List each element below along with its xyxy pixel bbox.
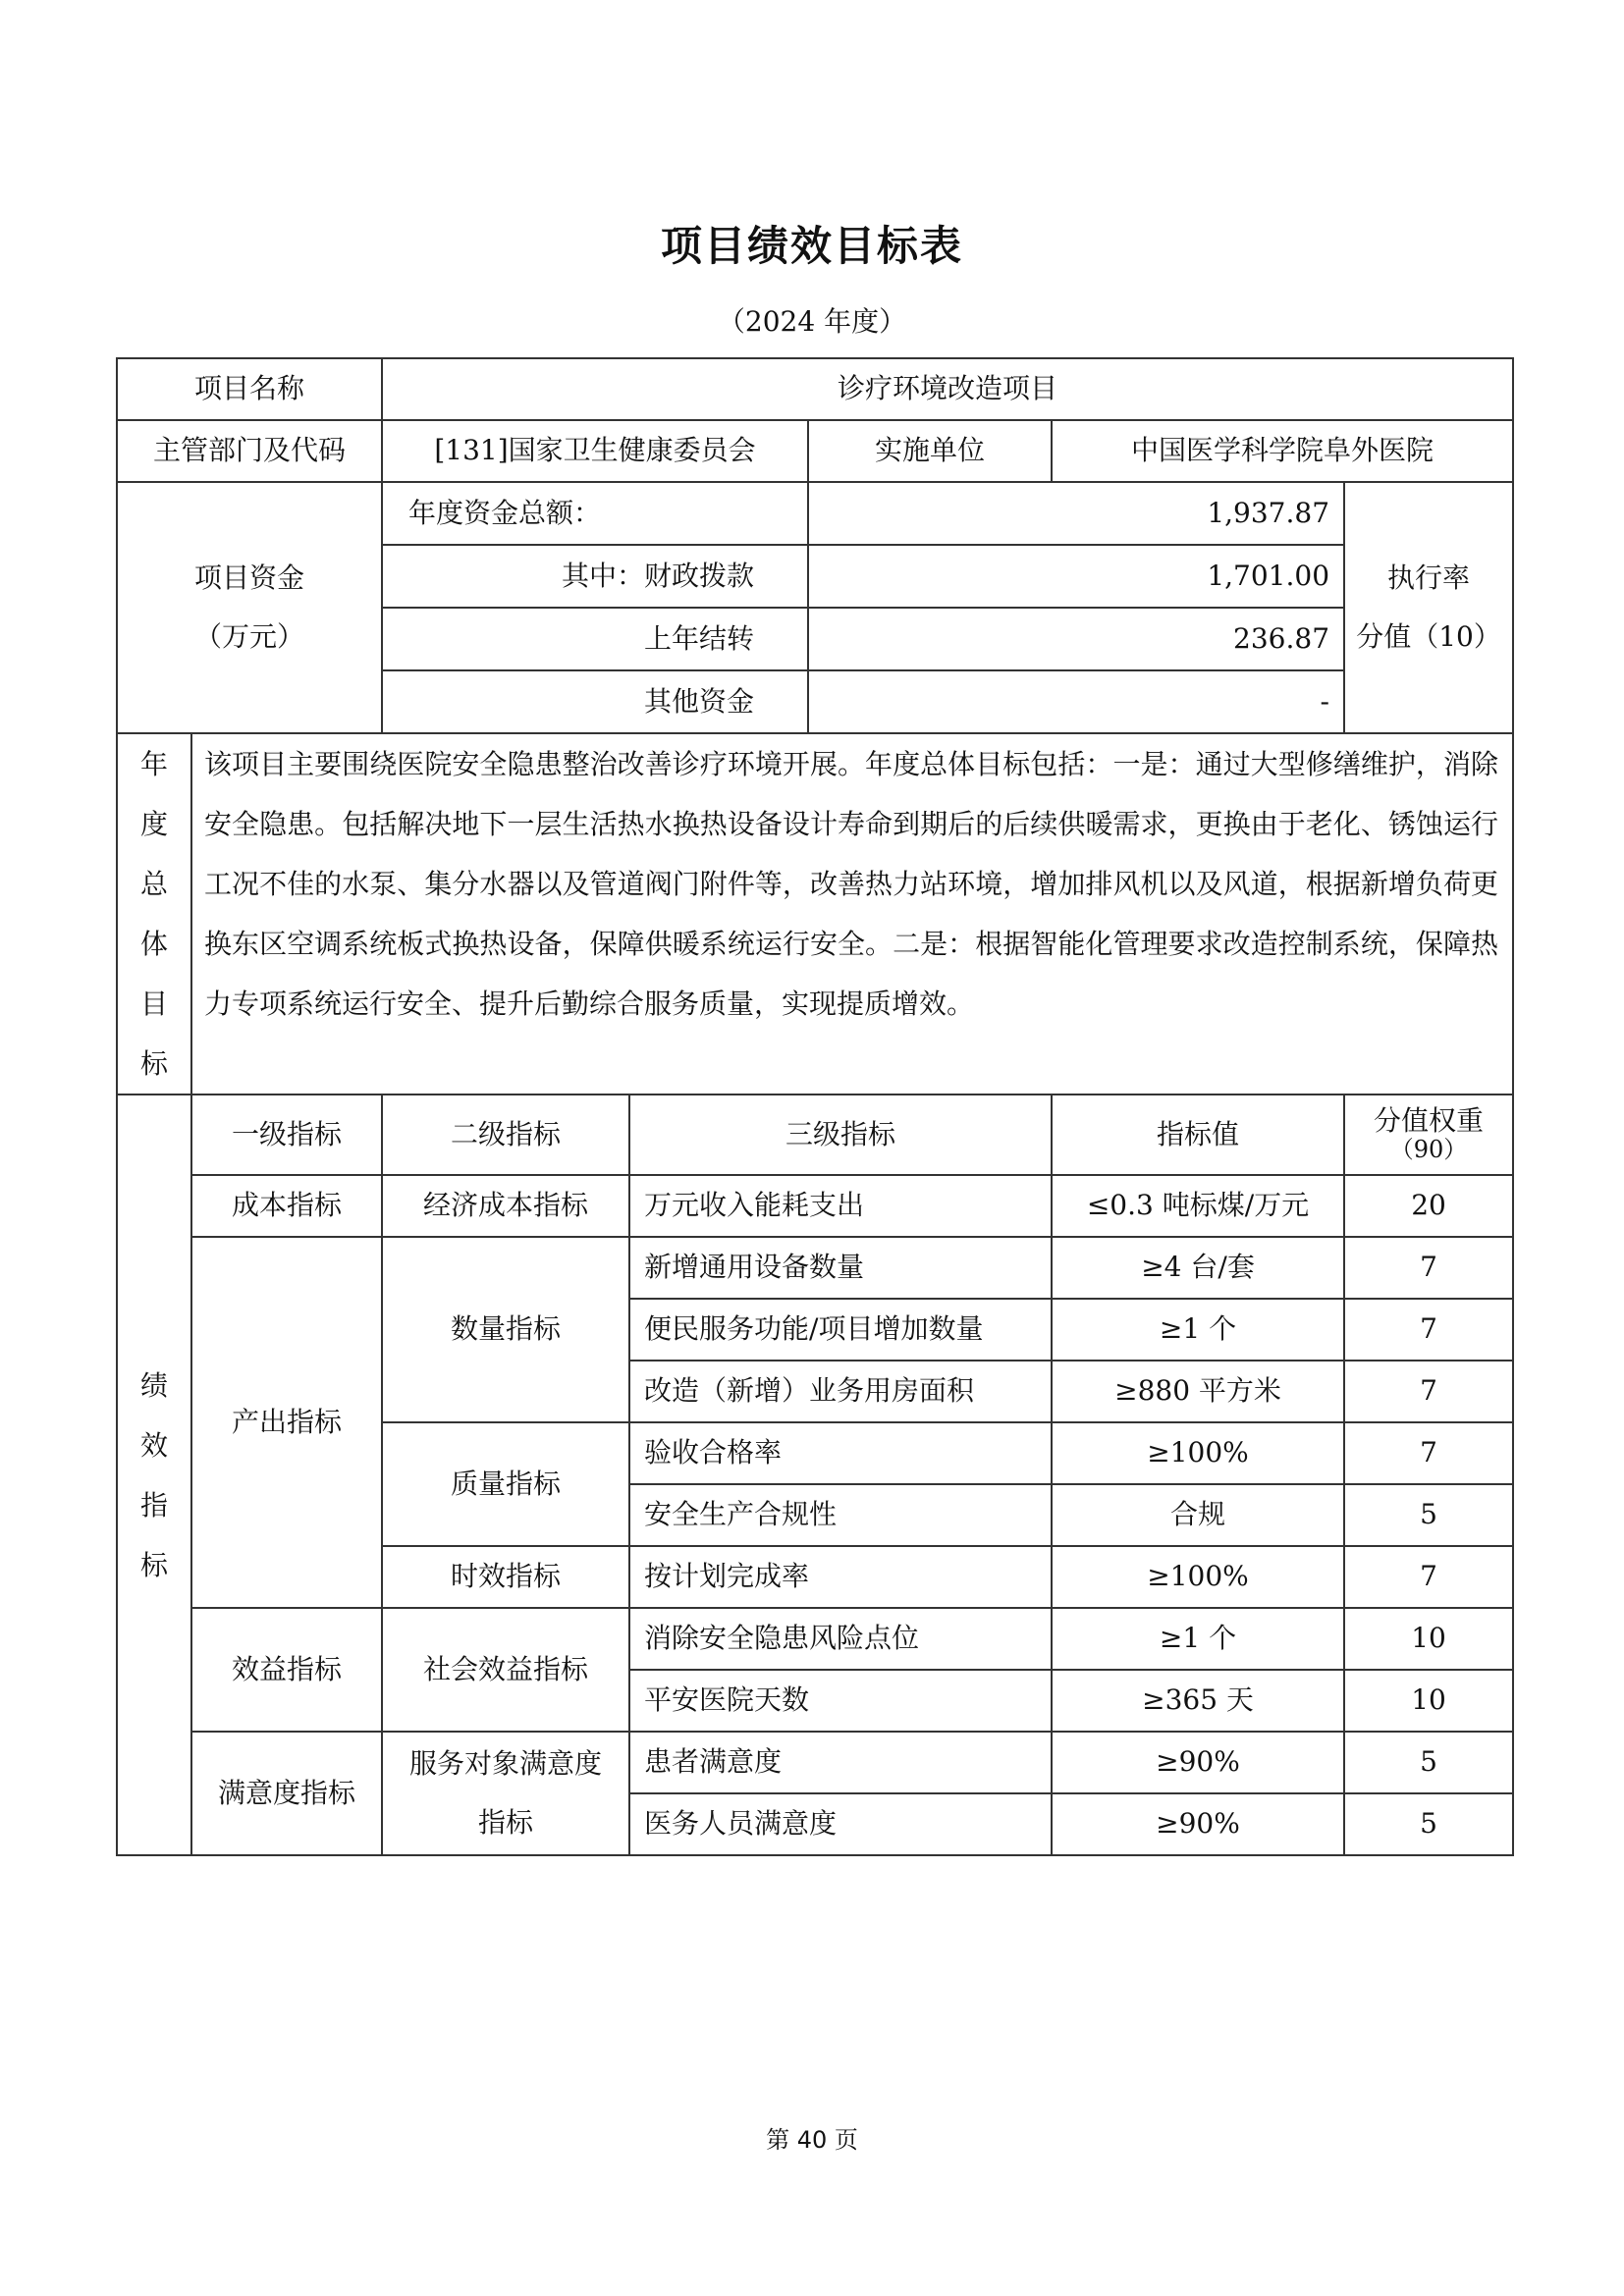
indicator-weight: 7 — [1344, 1546, 1513, 1608]
indicator-value: ≥90% — [1052, 1793, 1344, 1855]
level3-indicator: 按计划完成率 — [629, 1546, 1052, 1608]
indicator-weight: 7 — [1344, 1361, 1513, 1422]
level2-economic-cost: 经济成本指标 — [382, 1175, 629, 1237]
performance-label-char: 效 — [118, 1415, 190, 1475]
level2-service-satisfaction-line2: 指标 — [383, 1793, 628, 1852]
funds-label-line2: （万元） — [128, 608, 371, 667]
level1-output: 产出指标 — [191, 1237, 382, 1608]
indicator-value: ≥880 平方米 — [1052, 1361, 1344, 1422]
project-name-value: 诊疗环境改造项目 — [382, 358, 1513, 420]
indicator-value: ≥100% — [1052, 1546, 1344, 1608]
annual-goal-label-char: 年 — [118, 734, 190, 794]
funds-fiscal-label: 其中：财政拨款 — [382, 545, 808, 608]
execution-rate-weight: 分值（10） — [1345, 608, 1512, 667]
funds-total-value: 1,937.87 — [808, 482, 1344, 545]
funds-carryover-value: 236.87 — [808, 608, 1344, 670]
table-row: 效益指标 社会效益指标 消除安全隐患风险点位 ≥1 个 10 — [117, 1608, 1513, 1670]
table-row: 成本指标 经济成本指标 万元收入能耗支出 ≤0.3 吨标煤/万元 20 — [117, 1175, 1513, 1237]
level2-service-satisfaction: 服务对象满意度 指标 — [382, 1732, 629, 1855]
annual-goal-label-char: 标 — [118, 1034, 190, 1094]
annual-goal-text: 该项目主要围绕医院安全隐患整治改善诊疗环境开展。年度总体目标包括：一是：通过大型… — [191, 733, 1513, 1095]
execution-rate-score: 执行率 分值（10） — [1344, 482, 1513, 733]
indicator-value: ≥100% — [1052, 1422, 1344, 1484]
level1-satisfaction: 满意度指标 — [191, 1732, 382, 1855]
indicator-value: ≥1 个 — [1052, 1608, 1344, 1670]
project-name-label: 项目名称 — [117, 358, 382, 420]
level1-benefit: 效益指标 — [191, 1608, 382, 1732]
annual-goal-label-char: 度 — [118, 794, 190, 854]
annual-goal-label-char: 目 — [118, 974, 190, 1034]
indicator-weight: 5 — [1344, 1732, 1513, 1793]
level3-indicator: 患者满意度 — [629, 1732, 1052, 1793]
indicator-value: ≥4 台/套 — [1052, 1237, 1344, 1299]
department-row: 主管部门及代码 [131]国家卫生健康委员会 实施单位 中国医学科学院阜外医院 — [117, 420, 1513, 482]
header-weight: 分值权重 （90） — [1344, 1095, 1513, 1175]
level2-social-benefit: 社会效益指标 — [382, 1608, 629, 1732]
funds-other-value: - — [808, 670, 1344, 733]
level1-cost: 成本指标 — [191, 1175, 382, 1237]
performance-label-char: 绩 — [118, 1356, 190, 1415]
project-name-row: 项目名称 诊疗环境改造项目 — [117, 358, 1513, 420]
annual-goal-label-char: 体 — [118, 914, 190, 974]
department-label: 主管部门及代码 — [117, 420, 382, 482]
header-level3: 三级指标 — [629, 1095, 1052, 1175]
performance-label-char: 指 — [118, 1475, 190, 1535]
level3-indicator: 安全生产合规性 — [629, 1484, 1052, 1546]
annual-goal-label: 年 度 总 体 目 标 — [117, 733, 191, 1095]
header-level1: 一级指标 — [191, 1095, 382, 1175]
indicator-weight: 10 — [1344, 1670, 1513, 1732]
level3-indicator: 万元收入能耗支出 — [629, 1175, 1052, 1237]
header-value: 指标值 — [1052, 1095, 1344, 1175]
indicator-value: ≥365 天 — [1052, 1670, 1344, 1732]
level2-service-satisfaction-line1: 服务对象满意度 — [383, 1735, 628, 1793]
indicator-weight: 10 — [1344, 1608, 1513, 1670]
level3-indicator: 新增通用设备数量 — [629, 1237, 1052, 1299]
level2-quality: 质量指标 — [382, 1422, 629, 1546]
indicator-weight: 5 — [1344, 1484, 1513, 1546]
annual-goal-label-char: 总 — [118, 854, 190, 914]
level2-timeliness: 时效指标 — [382, 1546, 629, 1608]
indicator-value: ≤0.3 吨标煤/万元 — [1052, 1175, 1344, 1237]
indicator-weight: 7 — [1344, 1299, 1513, 1361]
level3-indicator: 便民服务功能/项目增加数量 — [629, 1299, 1052, 1361]
header-weight-line2: （90） — [1345, 1137, 1512, 1164]
indicator-value: ≥1 个 — [1052, 1299, 1344, 1361]
funds-label-line1: 项目资金 — [128, 549, 371, 608]
implementing-unit-label: 实施单位 — [808, 420, 1052, 482]
header-weight-line1: 分值权重 — [1345, 1105, 1512, 1137]
header-level2: 二级指标 — [382, 1095, 629, 1175]
indicator-weight: 5 — [1344, 1793, 1513, 1855]
document-title: 项目绩效目标表 — [0, 214, 1624, 273]
table-row: 产出指标 数量指标 新增通用设备数量 ≥4 台/套 7 — [117, 1237, 1513, 1299]
document-subtitle: （2024 年度） — [0, 300, 1624, 340]
level3-indicator: 验收合格率 — [629, 1422, 1052, 1484]
level3-indicator: 改造（新增）业务用房面积 — [629, 1361, 1052, 1422]
level2-quantity: 数量指标 — [382, 1237, 629, 1422]
funds-row-total: 项目资金 （万元） 年度资金总额： 1,937.87 执行率 分值（10） — [117, 482, 1513, 545]
indicator-weight: 7 — [1344, 1422, 1513, 1484]
level3-indicator: 平安医院天数 — [629, 1670, 1052, 1732]
annual-goal-row: 年 度 总 体 目 标 该项目主要围绕医院安全隐患整治改善诊疗环境开展。年度总体… — [117, 733, 1513, 1095]
funds-other-label: 其他资金 — [382, 670, 808, 733]
indicator-weight: 7 — [1344, 1237, 1513, 1299]
implementing-unit-value: 中国医学科学院阜外医院 — [1052, 420, 1513, 482]
level3-indicator: 医务人员满意度 — [629, 1793, 1052, 1855]
indicator-value: 合规 — [1052, 1484, 1344, 1546]
performance-label: 绩 效 指 标 — [117, 1095, 191, 1855]
execution-rate-label: 执行率 — [1345, 549, 1512, 608]
indicator-weight: 20 — [1344, 1175, 1513, 1237]
table-row: 满意度指标 服务对象满意度 指标 患者满意度 ≥90% 5 — [117, 1732, 1513, 1793]
department-value: [131]国家卫生健康委员会 — [382, 420, 808, 482]
funds-carryover-label: 上年结转 — [382, 608, 808, 670]
level3-indicator: 消除安全隐患风险点位 — [629, 1608, 1052, 1670]
performance-label-char: 标 — [118, 1535, 190, 1595]
funds-label: 项目资金 （万元） — [117, 482, 382, 733]
indicator-value: ≥90% — [1052, 1732, 1344, 1793]
performance-header-row: 绩 效 指 标 一级指标 二级指标 三级指标 指标值 分值权重 （90） — [117, 1095, 1513, 1175]
performance-target-table: 项目名称 诊疗环境改造项目 主管部门及代码 [131]国家卫生健康委员会 实施单… — [116, 357, 1514, 1856]
funds-fiscal-value: 1,701.00 — [808, 545, 1344, 608]
funds-total-label: 年度资金总额： — [382, 482, 808, 545]
page-number: 第 40 页 — [0, 2120, 1624, 2155]
